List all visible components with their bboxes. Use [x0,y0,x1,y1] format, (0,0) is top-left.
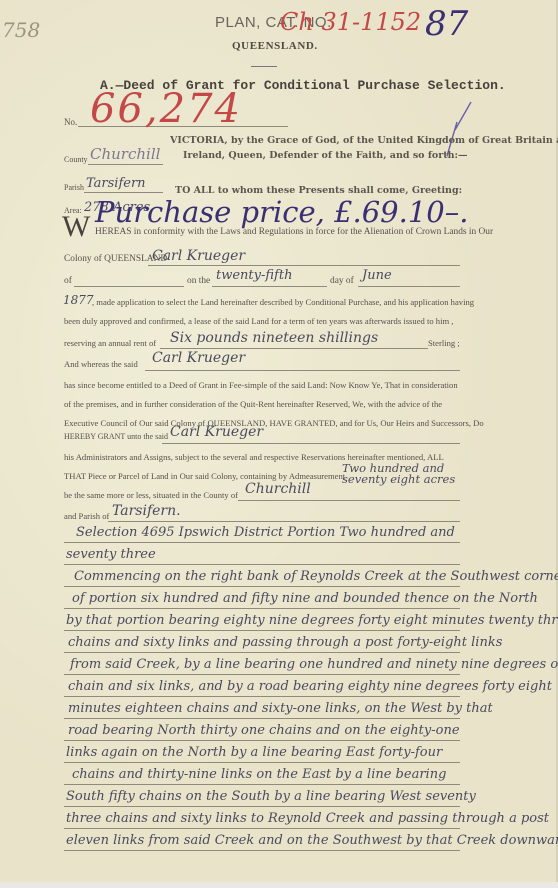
description-line: chain and six links, and by a road beari… [68,679,552,694]
month-value: June [362,268,392,283]
approved-text: been duly approved and confirmed, a leas… [64,316,453,326]
state-heading: QUEENSLAND. [232,40,318,52]
day-of-label: day of [330,276,354,286]
folio-number: 87 [425,4,468,44]
year-value: 1877 [63,293,94,307]
description-line: minutes eighteen chains and sixty-one li… [68,701,493,716]
parish-value-body: Tarsifern. [112,503,181,519]
deed-page: 758 PLAN, CAT. NO. Ch 31-1152 87 QUEENSL… [0,0,558,882]
county-label: County [64,155,88,164]
description-line: seventy three [66,547,156,562]
parcel-text: THAT Piece or Parcel of Land in Our said… [64,471,345,481]
county-value-body: Churchill [245,481,311,497]
divider [251,66,277,67]
grantee-name: Carl Krueger [152,248,245,264]
application-text: , made application to select the Land he… [92,297,474,307]
description-line: links again on the North by a line beari… [66,745,442,760]
entitled-text: has since become entitled to a Deed of G… [64,380,458,390]
whereas-text: HEREAS in conformity with the Laws and R… [95,227,493,237]
parish-label: Parish [64,183,84,192]
situated-text: be the same more or less, situated in th… [64,490,238,500]
description-line: by that portion bearing eighty nine degr… [66,613,558,628]
county-value: Churchill [90,145,160,163]
sterling-label: Sterling ; [428,338,460,348]
description-line: Selection 4695 Ipswich District Portion … [76,525,455,540]
description-line: of portion six hundred and fifty nine an… [72,591,538,606]
council-text: Executive Council of Our said Colony of … [64,418,484,428]
preamble-line-1: VICTORIA, by the Grace of God, of the Un… [170,135,558,146]
margin-note: 758 [2,18,40,42]
whereas-said-label: And whereas the said [64,359,138,369]
of-label: of [64,276,72,286]
description-line: three chains and sixty links to Reynold … [66,811,549,826]
preamble-line-2: Ireland, Queen, Defender of the Faith, a… [183,150,468,161]
grantee-name-2: Carl Krueger [152,350,245,366]
purchase-price: Purchase price, £.69.10–. [95,195,468,229]
day-value: twenty-fifth [216,268,292,283]
plan-cat-value: Ch 31-1152 [280,8,421,36]
acreage-value: Two hundred and seventy eight acres [342,463,492,485]
deed-number: 66,274 [90,86,242,132]
premises-text: of the premises, and in further consider… [64,399,442,409]
description-line: chains and sixty links and passing throu… [68,635,502,650]
description-line: South fifty chains on the South by a lin… [66,789,476,804]
deed-no-label: No. [64,117,77,127]
parish-value: Tarsifern [86,176,146,191]
description-line: road bearing North thirty one chains and… [68,723,460,738]
rent-value: Six pounds nineteen shillings [170,330,378,346]
grantee-name-3: Carl Krueger [170,424,263,440]
on-the-label: on the [187,276,210,286]
description-line: eleven links from said Creek and on the … [66,833,558,848]
description-line: chains and thirty-nine links on the East… [72,767,446,782]
rent-label: reserving an annual rent of [64,338,156,348]
drop-cap-w: W [62,210,90,244]
hereby-grant-label: HEREBY GRANT unto the said [64,432,168,441]
description-line: Commencing on the right bank of Reynolds… [74,569,558,584]
description-line: from said Creek, by a line bearing one h… [70,657,558,672]
